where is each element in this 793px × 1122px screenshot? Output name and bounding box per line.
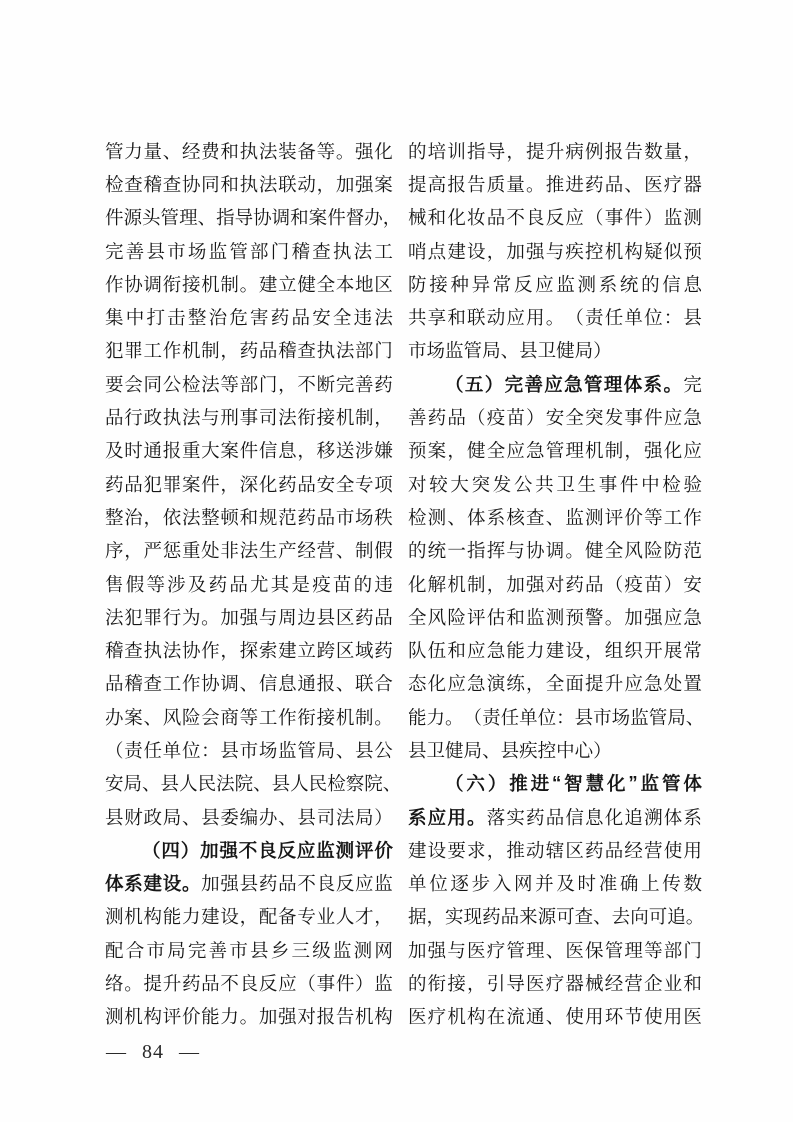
text-line: 作协调衔接机制。建立健全本地区 — [105, 267, 393, 300]
text-line: 稽查执法协作，探索建立跨区域药 — [105, 633, 393, 666]
text-line: 态化应急演练，全面提升应急处置 — [408, 667, 702, 700]
text-line: 法犯罪行为。加强与周边县区药品 — [105, 600, 393, 633]
text-line: 医疗机构在流通、使用环节使用医 — [408, 1000, 702, 1033]
text-line: 及时通报重大案件信息，移送涉嫌 — [105, 434, 393, 467]
text-line: 队伍和应急能力建设，组织开展常 — [408, 633, 702, 666]
text-line: 药品犯罪案件，深化药品安全专项 — [105, 467, 393, 500]
text-line: 的衔接，引导医疗器械经营企业和 — [408, 966, 702, 999]
text-line: 预案，健全应急管理机制，强化应 — [408, 434, 702, 467]
text-line: 县卫健局、县疾控中心） — [408, 733, 702, 766]
text-line: 对较大突发公共卫生事件中检验 — [408, 467, 702, 500]
text-line: （责任单位：县市场监管局、县公 — [105, 733, 393, 766]
text-line: （六）推进“智慧化”监管体 — [408, 767, 702, 800]
text-line: 市场监管局、县卫健局） — [408, 334, 702, 367]
text-line: 测机构评价能力。加强对报告机构 — [105, 1000, 393, 1033]
text-line: 系应用。落实药品信息化追溯体系 — [408, 800, 702, 833]
text-line: 防接种异常反应监测系统的信息 — [408, 267, 702, 300]
text-line: 整治，依法整顿和规范药品市场秩 — [105, 500, 393, 533]
text-line: 序，严惩重处非法生产经营、制假 — [105, 534, 393, 567]
text-line: 要会同公检法等部门，不断完善药 — [105, 367, 393, 400]
text-line: 管力量、经费和执法装备等。强化 — [105, 134, 393, 167]
column-right: 的培训指导，提升病例报告数量，提高报告质量。推进药品、医疗器械和化妆品不良反应（… — [408, 134, 702, 1033]
text-line: 能力。（责任单位：县市场监管局、 — [408, 700, 702, 733]
text-line: 品行政执法与刑事司法衔接机制， — [105, 400, 393, 433]
text-line: 检查稽查协同和执法联动，加强案 — [105, 167, 393, 200]
text-line: 械和化妆品不良反应（事件）监测 — [408, 201, 702, 234]
text-line: （五）完善应急管理体系。完 — [408, 367, 702, 400]
text-line: 据，实现药品来源可查、去向可追。 — [408, 900, 702, 933]
text-line: 提高报告质量。推进药品、医疗器 — [408, 167, 702, 200]
text-line: 的统一指挥与协调。健全风险防范 — [408, 534, 702, 567]
text-line: 办案、风险会商等工作衔接机制。 — [105, 700, 393, 733]
text-line: 加强与医疗管理、医保管理等部门 — [408, 933, 702, 966]
text-line: 化解机制，加强对药品（疫苗）安 — [408, 567, 702, 600]
text-line: 建设要求，推动辖区药品经营使用 — [408, 833, 702, 866]
page-number: — 84 — — [106, 1041, 200, 1064]
document-page: 管力量、经费和执法装备等。强化检查稽查协同和执法联动，加强案件源头管理、指导协调… — [0, 0, 793, 1122]
text-line: 善药品（疫苗）安全突发事件应急 — [408, 400, 702, 433]
text-line: 件源头管理、指导协调和案件督办， — [105, 201, 393, 234]
text-line: 共享和联动应用。（责任单位：县 — [408, 300, 702, 333]
column-left: 管力量、经费和执法装备等。强化检查稽查协同和执法联动，加强案件源头管理、指导协调… — [105, 134, 393, 1033]
text-line: 全风险评估和监测预警。加强应急 — [408, 600, 702, 633]
text-line: 哨点建设，加强与疾控机构疑似预 — [408, 234, 702, 267]
text-line: 售假等涉及药品尤其是疫苗的违 — [105, 567, 393, 600]
text-line: （四）加强不良反应监测评价 — [105, 833, 393, 866]
text-line: 品稽查工作协调、信息通报、联合 — [105, 667, 393, 700]
text-line: 的培训指导，提升病例报告数量， — [408, 134, 702, 167]
text-line: 犯罪工作机制，药品稽查执法部门 — [105, 334, 393, 367]
text-line: 配合市局完善市县乡三级监测网 — [105, 933, 393, 966]
text-line: 测机构能力建设，配备专业人才， — [105, 900, 393, 933]
text-line: 完善县市场监管部门稽查执法工 — [105, 234, 393, 267]
text-line: 集中打击整治危害药品安全违法 — [105, 300, 393, 333]
text-line: 单位逐步入网并及时准确上传数 — [408, 867, 702, 900]
text-line: 络。提升药品不良反应（事件）监 — [105, 966, 393, 999]
text-line: 县财政局、县委编办、县司法局） — [105, 800, 393, 833]
text-line: 检测、体系核查、监测评价等工作 — [408, 500, 702, 533]
text-line: 安局、县人民法院、县人民检察院、 — [105, 767, 393, 800]
text-line: 体系建设。加强县药品不良反应监 — [105, 867, 393, 900]
